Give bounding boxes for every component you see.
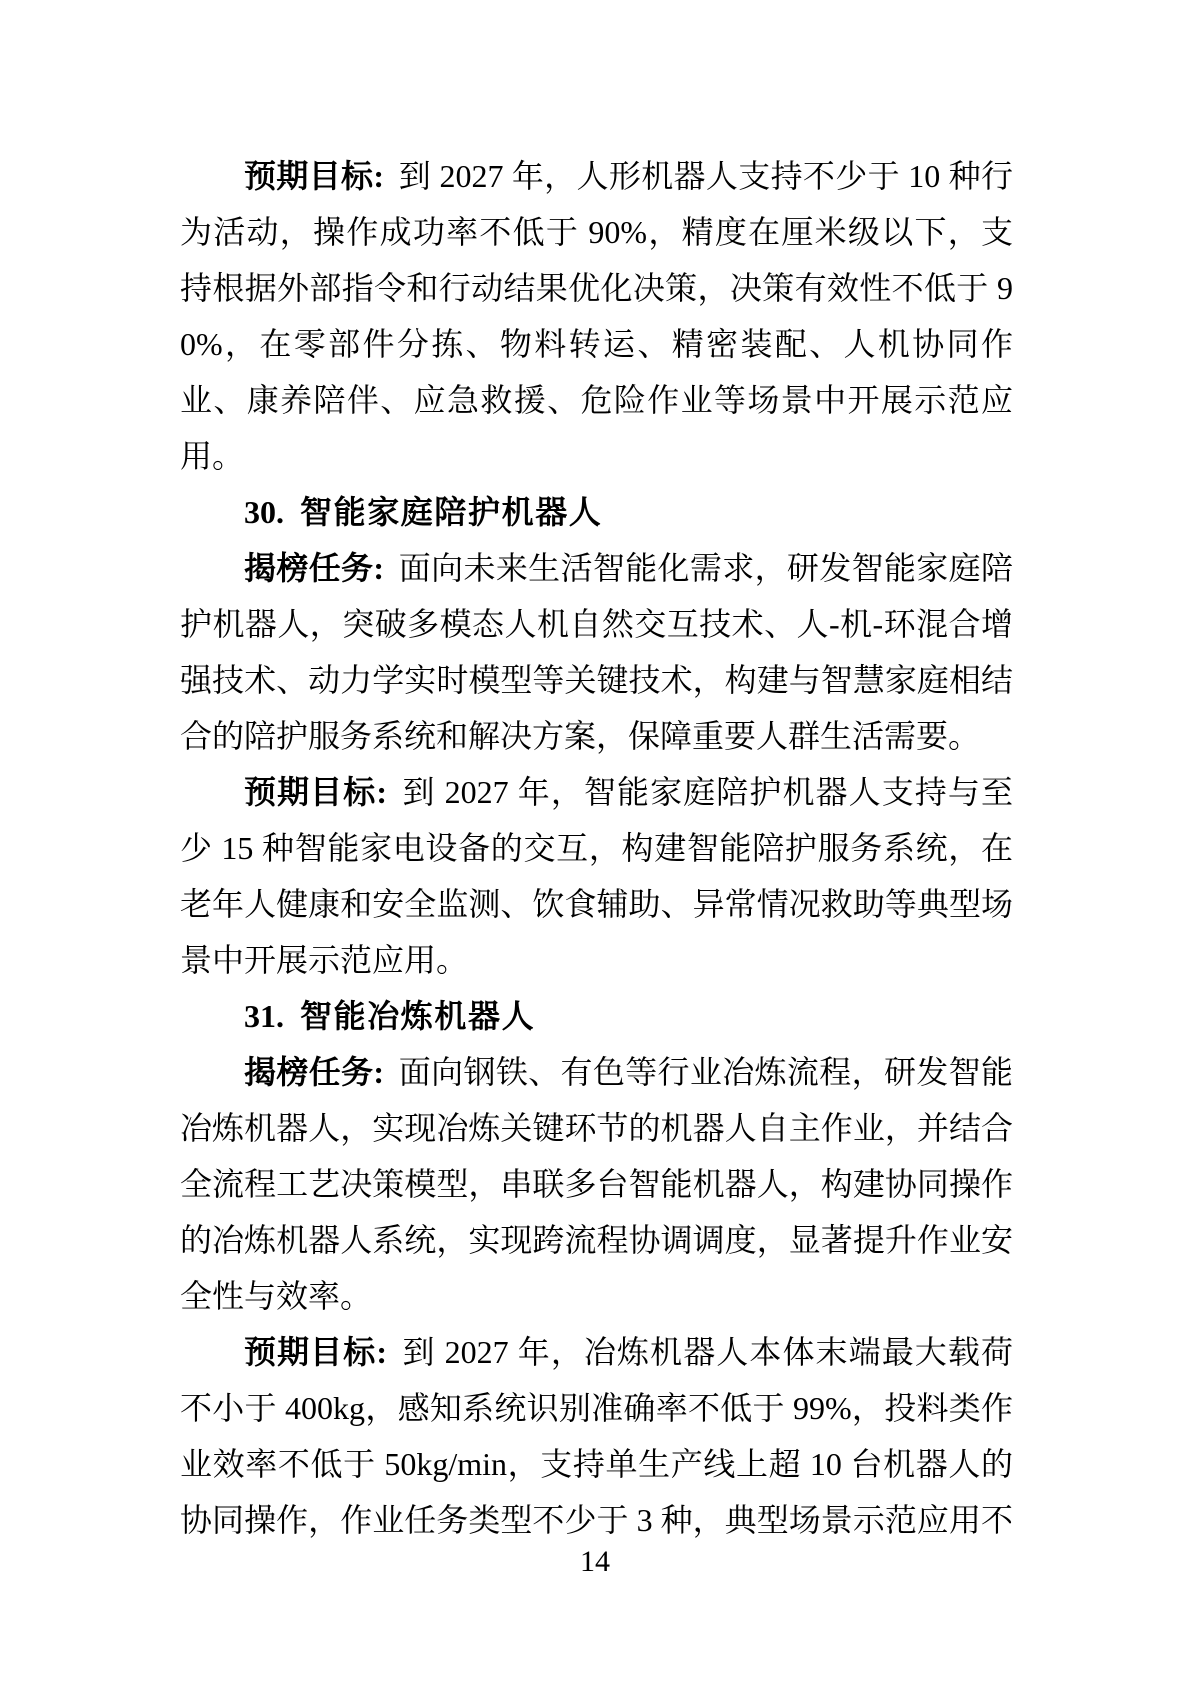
paragraph-task-home-care-robot: 揭榜任务:面向未来生活智能化需求，研发智能家庭陪护机器人，突破多模态人机自然交互… — [180, 540, 1013, 764]
paragraph-text: 到 2027 年，人形机器人支持不少于 10 种行为活动，操作成功率不低于 90… — [180, 158, 1013, 474]
paragraph-lead-label: 预期目标: — [244, 1334, 387, 1370]
section-title: 智能冶炼机器人 — [300, 998, 535, 1034]
paragraph-expected-goal-humanoid-robot: 预期目标:到 2027 年，人形机器人支持不少于 10 种行为活动，操作成功率不… — [180, 148, 1013, 484]
section-title: 智能家庭陪护机器人 — [300, 494, 602, 530]
section-number: 31. — [244, 998, 284, 1034]
paragraph-lead-label: 预期目标: — [244, 774, 387, 810]
page-footer: 14 — [0, 1544, 1190, 1580]
paragraph-lead-label: 预期目标: — [244, 158, 384, 194]
paragraph-expected-goal-smelting-robot: 预期目标:到 2027 年，冶炼机器人本体末端最大载荷不小于 400kg，感知系… — [180, 1324, 1013, 1548]
paragraph-task-smelting-robot: 揭榜任务:面向钢铁、有色等行业冶炼流程，研发智能冶炼机器人，实现冶炼关键环节的机… — [180, 1044, 1013, 1324]
paragraph-text: 面向钢铁、有色等行业冶炼流程，研发智能冶炼机器人，实现冶炼关键环节的机器人自主作… — [180, 1054, 1013, 1314]
page-number: 14 — [580, 1545, 610, 1578]
section-number: 30. — [244, 494, 284, 530]
paragraph-lead-label: 揭榜任务: — [244, 550, 384, 586]
section-heading-31: 31.智能冶炼机器人 — [180, 988, 1013, 1044]
page-body-text: 预期目标:到 2027 年，人形机器人支持不少于 10 种行为活动，操作成功率不… — [180, 148, 1013, 1548]
paragraph-expected-goal-home-care-robot: 预期目标:到 2027 年，智能家庭陪护机器人支持与至少 15 种智能家电设备的… — [180, 764, 1013, 988]
section-heading-30: 30.智能家庭陪护机器人 — [180, 484, 1013, 540]
document-page: 预期目标:到 2027 年，人形机器人支持不少于 10 种行为活动，操作成功率不… — [0, 0, 1190, 1683]
paragraph-lead-label: 揭榜任务: — [244, 1054, 384, 1090]
